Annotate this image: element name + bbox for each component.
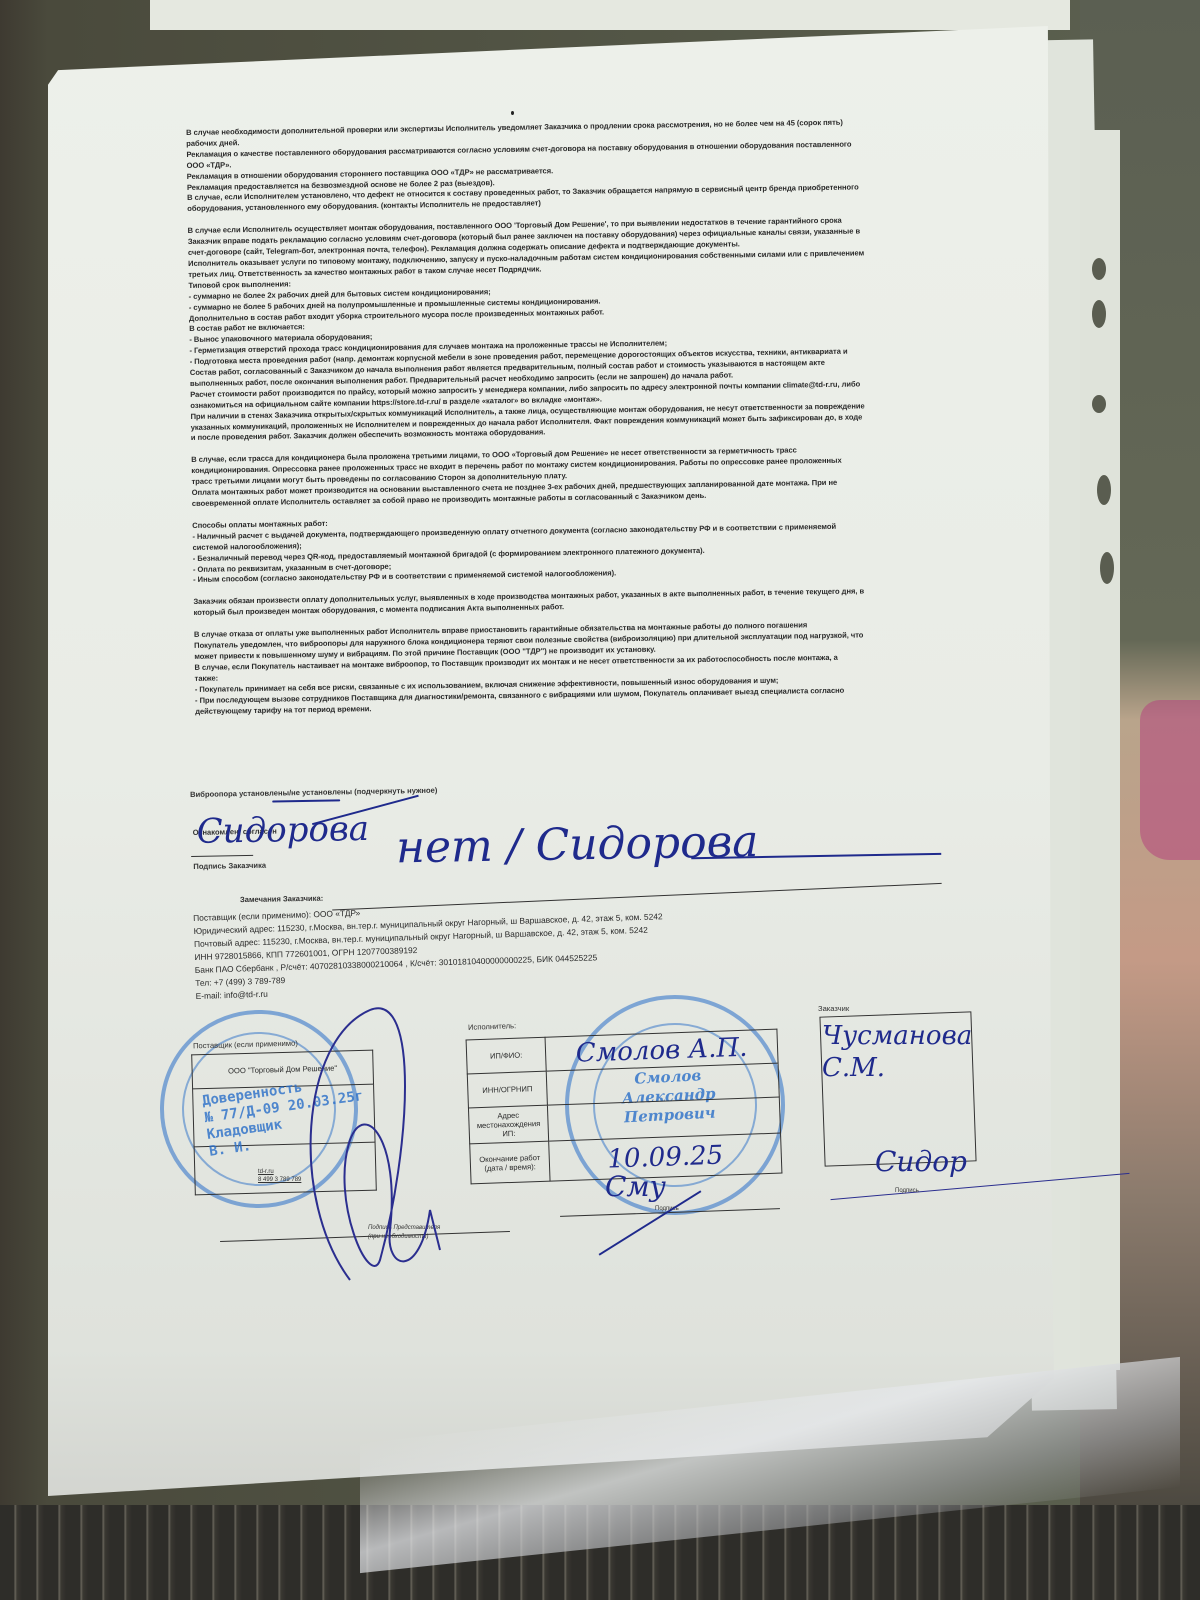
supplier-signature (290, 1000, 460, 1290)
customer-box-caption: Заказчик (818, 1004, 849, 1013)
executor-row-label: Адрес местонахождения ИП: (468, 1105, 548, 1144)
customer-signature-caption: Подпись (895, 1188, 919, 1194)
supplier-details: Поставщик (если применимо): ООО «ТДР»Юри… (193, 894, 756, 1003)
handwritten-remark: нет / Сидорова (396, 816, 759, 873)
executor-signature: Сму (605, 1170, 666, 1203)
punch-hole (1092, 300, 1106, 328)
executor-row-label: Окончание работ (дата / время): (470, 1141, 550, 1184)
executor-box-caption: Исполнитель: (468, 1021, 516, 1032)
executor-box: ИП/ФИО:Смолов А.П.ИНН/ОГРНИПАдрес местон… (466, 1029, 783, 1185)
punch-hole (1097, 475, 1111, 505)
punch-hole (1092, 258, 1106, 280)
customer-signature-label: Подпись Заказчика (193, 861, 266, 871)
punch-hole (1092, 395, 1106, 413)
signature-line (191, 855, 253, 857)
punch-hole (1100, 552, 1114, 584)
customer-handwritten-name: ЧусмановаС.М. (822, 1020, 972, 1084)
background-object (1140, 700, 1200, 860)
customer-remarks-label: Замечания Заказчика: (240, 894, 323, 904)
signature-section: Виброопора установлены/не установлены (п… (190, 777, 952, 920)
executor-row-label: ИП/ФИО: (466, 1037, 546, 1074)
back-sheet-top (150, 0, 1070, 30)
customer-box-signature: Сидор (875, 1145, 967, 1178)
page-dot (511, 111, 514, 115)
document-body: В случае необходимости дополнительной пр… (186, 117, 925, 718)
handwritten-underline (272, 799, 340, 802)
executor-row-label: ИНН/ОГРНИП (467, 1071, 547, 1108)
